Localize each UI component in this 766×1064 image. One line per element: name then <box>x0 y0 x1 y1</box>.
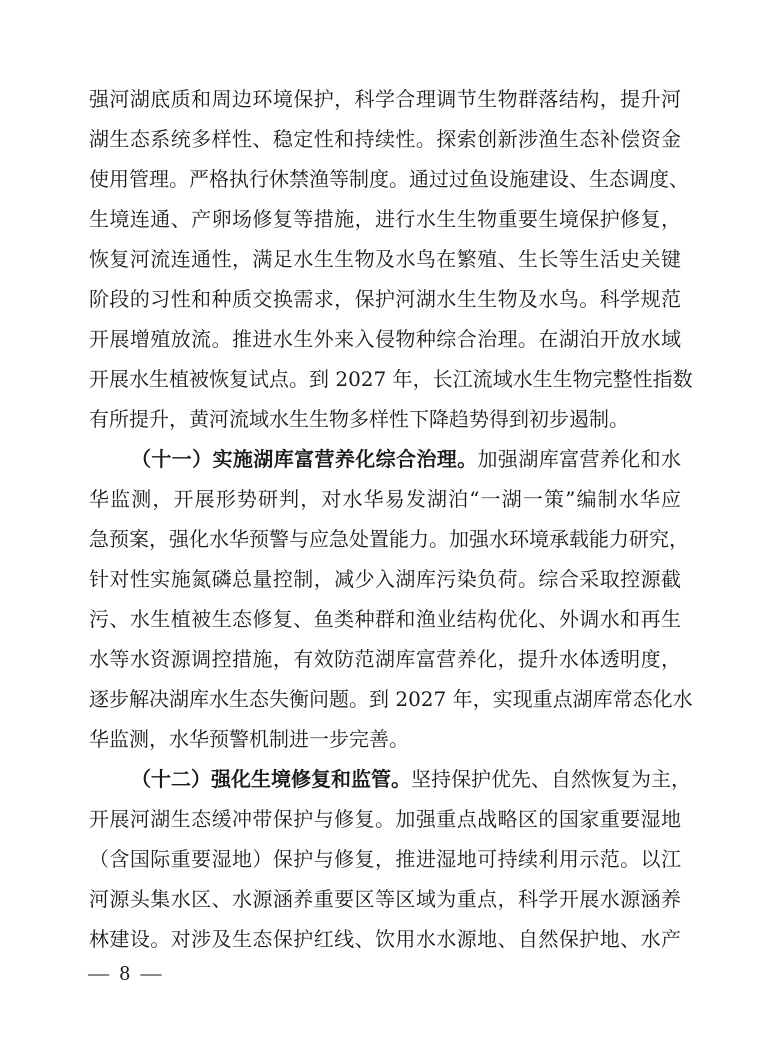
text-line: 林建设。对涉及生态保护红线、饮用水水源地、自然保护地、水产 <box>89 919 681 959</box>
text-line: 河源头集水区、水源涵养重要区等区域为重点，科学开展水源涵养 <box>89 879 681 919</box>
text-line: 阶段的习性和种质交换需求，保护河湖水生生物及水鸟。科学规范 <box>89 279 681 319</box>
text-line: 污、水生植被生态修复、鱼类种群和渔业结构优化、外调水和再生 <box>89 599 681 639</box>
text-line: 湖生态系统多样性、稳定性和持续性。探索创新涉渔生态补偿资金 <box>89 119 681 159</box>
text-line: 使用管理。严格执行休禁渔等制度。通过过鱼设施建设、生态调度、 <box>89 159 681 199</box>
text-line: 开展河湖生态缓冲带保护与修复。加强重点战略区的国家重要湿地 <box>89 799 681 839</box>
text-line: 急预案，强化水华预警与应急处置能力。加强水环境承载能力研究， <box>89 519 681 559</box>
text-line: 开展水生植被恢复试点。到 2027 年，长江流域水生生物完整性指数 <box>89 359 681 399</box>
section-11-first-line: （十一）实施湖库富营养化综合治理。加强湖库富营养化和水 <box>131 439 681 479</box>
text-line: 针对性实施氮磷总量控制，减少入湖库污染负荷。综合采取控源截 <box>89 559 681 599</box>
document-page: 强河湖底质和周边环境保护，科学合理调节生物群落结构，提升河 湖生态系统多样性、稳… <box>0 0 766 1064</box>
section-12-first-line-text: 坚持保护优先、自然恢复为主， <box>411 767 691 791</box>
section-11-first-line-text: 加强湖库富营养化和水 <box>478 447 681 471</box>
text-line: 水等水资源调控措施，有效防范湖库富营养化，提升水体透明度， <box>89 639 681 679</box>
section-12-heading: （十二）强化生境修复和监管。 <box>131 767 411 791</box>
text-line: 恢复河流连通性，满足水生生物及水鸟在繁殖、生长等生活史关键 <box>89 239 681 279</box>
text-line: 华监测，开展形势研判，对水华易发湖泊“一湖一策”编制水华应 <box>89 479 681 519</box>
section-12-first-line: （十二）强化生境修复和监管。坚持保护优先、自然恢复为主， <box>131 759 681 799</box>
text-line: 生境连通、产卵场修复等措施，进行水生生物重要生境保护修复， <box>89 199 681 239</box>
text-line: 有所提升，黄河流域水生生物多样性下降趋势得到初步遏制。 <box>89 399 681 439</box>
text-line: 华监测，水华预警机制进一步完善。 <box>89 719 681 759</box>
text-line: （含国际重要湿地）保护与修复，推进湿地可持续利用示范。以江 <box>89 839 681 879</box>
text-line: 开展增殖放流。推进水生外来入侵物种综合治理。在湖泊开放水域 <box>89 319 681 359</box>
section-11-heading: （十一）实施湖库富营养化综合治理。 <box>131 447 478 471</box>
text-line: 强河湖底质和周边环境保护，科学合理调节生物群落结构，提升河 <box>89 79 681 119</box>
text-line: 逐步解决湖库水生态失衡问题。到 2027 年，实现重点湖库常态化水 <box>89 679 681 719</box>
page-number: — 8 — <box>88 958 162 988</box>
